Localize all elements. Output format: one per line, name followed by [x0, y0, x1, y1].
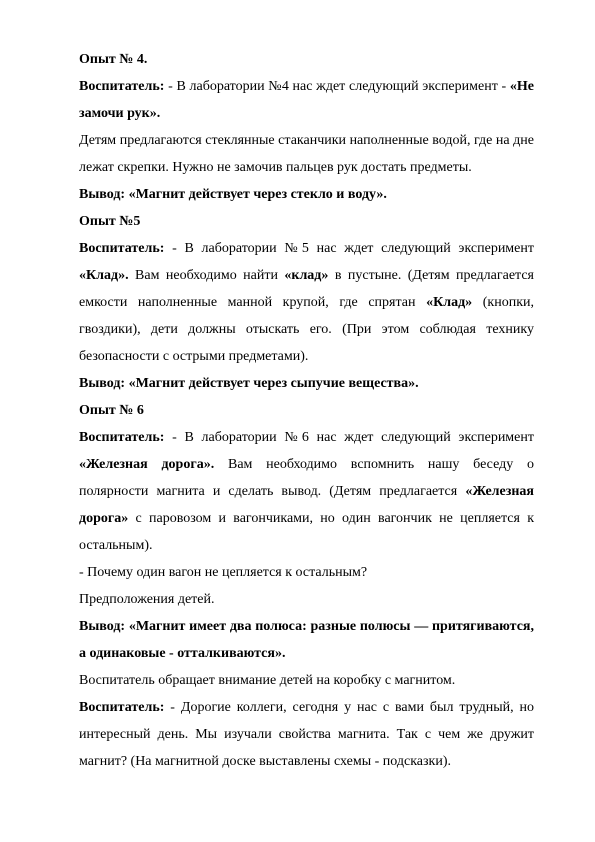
paragraph: Воспитатель: - Дорогие коллеги, сегодня … [79, 694, 534, 775]
text-run: Вывод: «Магнит действует через сыпучие в… [79, 376, 419, 391]
document-page: Опыт № 4.Воспитатель: - В лаборатории №4… [0, 0, 595, 842]
text-run: - Почему один вагон не цепляется к остал… [79, 565, 367, 580]
text-run: Воспитатель: [79, 430, 164, 445]
paragraph: Опыт № 4. [79, 46, 534, 73]
text-run: - В лаборатории №5 нас ждет следующий эк… [164, 241, 534, 256]
text-run: Воспитатель: [79, 79, 164, 94]
paragraph: Воспитатель: - В лаборатории №4 нас ждет… [79, 73, 534, 127]
text-run: с паровозом и вагончиками, но один вагон… [79, 511, 534, 553]
text-run: - В лаборатории №4 нас ждет следующий эк… [164, 79, 510, 94]
paragraph: Вывод: «Магнит действует через сыпучие в… [79, 370, 534, 397]
text-run: Воспитатель: [79, 700, 164, 715]
text-run: Воспитатель обращает внимание детей на к… [79, 673, 455, 688]
text-run: «Железная дорога». [79, 457, 214, 472]
paragraph: Детям предлагаются стеклянные стаканчики… [79, 127, 534, 181]
paragraph: Вывод: «Магнит действует через стекло и … [79, 181, 534, 208]
text-run: Опыт № 6 [79, 403, 144, 418]
paragraph: Воспитатель: - В лаборатории №5 нас ждет… [79, 235, 534, 370]
paragraph: Воспитатель: - В лаборатории №6 нас ждет… [79, 424, 534, 559]
text-run: Предположения детей. [79, 592, 215, 607]
text-run: «Клад». [79, 268, 129, 283]
document-body: Опыт № 4.Воспитатель: - В лаборатории №4… [79, 46, 534, 775]
paragraph: Воспитатель обращает внимание детей на к… [79, 667, 534, 694]
text-run: Вам необходимо найти [129, 268, 285, 283]
text-run: Вывод: «Магнит имеет два полюса: разные … [79, 619, 534, 661]
paragraph: Опыт №5 [79, 208, 534, 235]
paragraph: Опыт № 6 [79, 397, 534, 424]
text-run: Вывод: «Магнит действует через стекло и … [79, 187, 387, 202]
paragraph: Вывод: «Магнит имеет два полюса: разные … [79, 613, 534, 667]
text-run: Воспитатель: [79, 241, 164, 256]
text-run: «Клад» [426, 295, 472, 310]
paragraph: Предположения детей. [79, 586, 534, 613]
text-run: Детям предлагаются стеклянные стаканчики… [79, 133, 534, 175]
text-run: - В лаборатории №6 нас ждет следующий эк… [164, 430, 534, 445]
text-run: «клад» [284, 268, 328, 283]
text-run: Опыт №5 [79, 214, 140, 229]
text-run: Опыт № 4. [79, 52, 147, 67]
paragraph: - Почему один вагон не цепляется к остал… [79, 559, 534, 586]
